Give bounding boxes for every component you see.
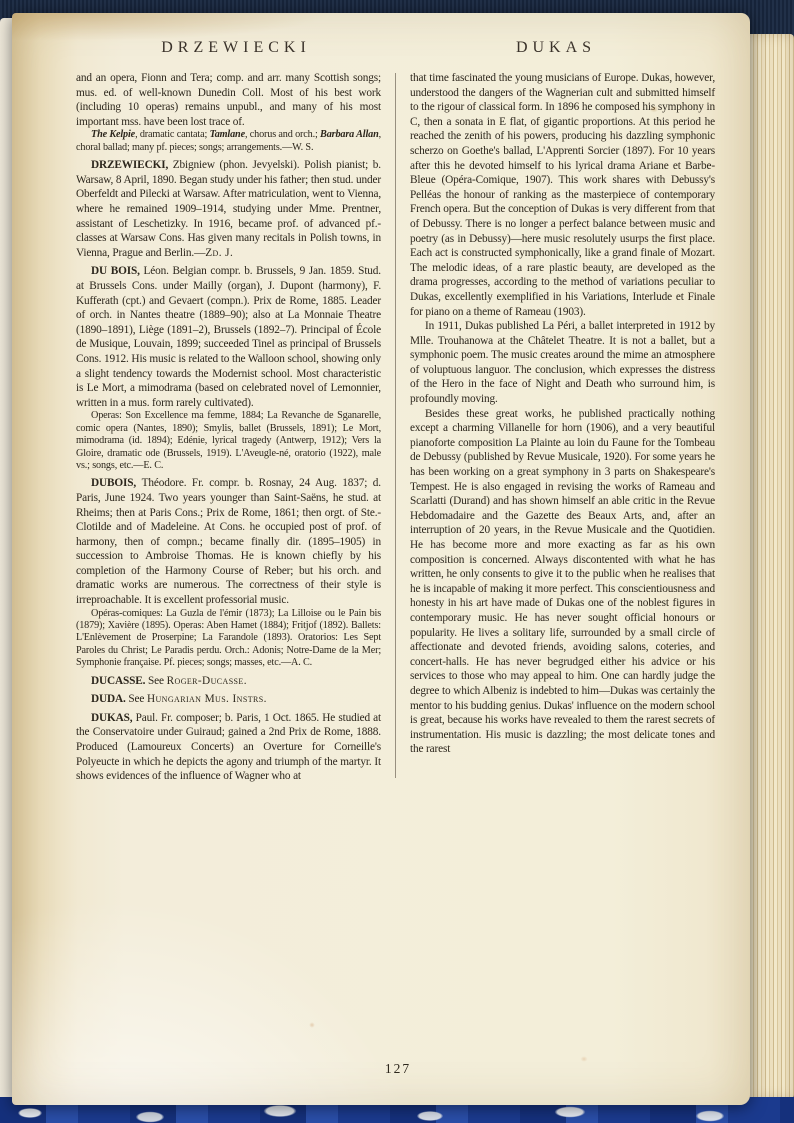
text-columns: and an opera, Fionn and Tera; comp. and … bbox=[76, 71, 716, 784]
column-right: that time fascinated the young musicians… bbox=[410, 71, 715, 784]
paragraph: The Kelpie, dramatic cantata; Tamlane, c… bbox=[76, 129, 381, 154]
running-head-right: DUKAS bbox=[516, 39, 596, 57]
paragraph: DU BOIS, Léon. Belgian compr. b. Brussel… bbox=[76, 264, 381, 410]
page-sheet: DRZEWIECKI DUKAS and an opera, Fionn and… bbox=[12, 13, 750, 1105]
page-number: 127 bbox=[12, 1061, 750, 1077]
paragraph: DRZEWIECKI, Zbigniew (phon. Jevyelski). … bbox=[76, 158, 381, 260]
paragraph: DUKAS, Paul. Fr. composer; b. Paris, 1 O… bbox=[76, 711, 381, 784]
column-left: and an opera, Fionn and Tera; comp. and … bbox=[76, 71, 381, 784]
paragraph: Operas: Son Excellence ma femme, 1884; L… bbox=[76, 410, 381, 472]
paragraph: DUBOIS, Théodore. Fr. compr. b. Rosnay, … bbox=[76, 476, 381, 607]
photo-of-book-page: { "page": { "running_head_left": "DRZEWI… bbox=[0, 0, 794, 1123]
paragraph: Besides these great works, he published … bbox=[410, 407, 715, 757]
paragraph: Opéras-comiques: La Guzla de l'émir (187… bbox=[76, 608, 381, 670]
running-heads: DRZEWIECKI DUKAS bbox=[76, 39, 716, 57]
running-head-left-cell: DRZEWIECKI bbox=[76, 39, 396, 57]
book-page-edges bbox=[746, 34, 794, 1099]
paragraph: DUDA. See Hungarian Mus. Instrs. bbox=[76, 692, 381, 707]
column-divider-rule bbox=[395, 73, 396, 778]
paragraph: In 1911, Dukas published La Péri, a ball… bbox=[410, 319, 715, 407]
running-head-right-cell: DUKAS bbox=[396, 39, 716, 57]
page-content: DRZEWIECKI DUKAS and an opera, Fionn and… bbox=[76, 39, 716, 1047]
paragraph: DUCASSE. See Roger-Ducasse. bbox=[76, 674, 381, 689]
paragraph: and an opera, Fionn and Tera; comp. and … bbox=[76, 71, 381, 129]
paragraph: that time fascinated the young musicians… bbox=[410, 71, 715, 319]
running-head-left: DRZEWIECKI bbox=[161, 39, 311, 57]
